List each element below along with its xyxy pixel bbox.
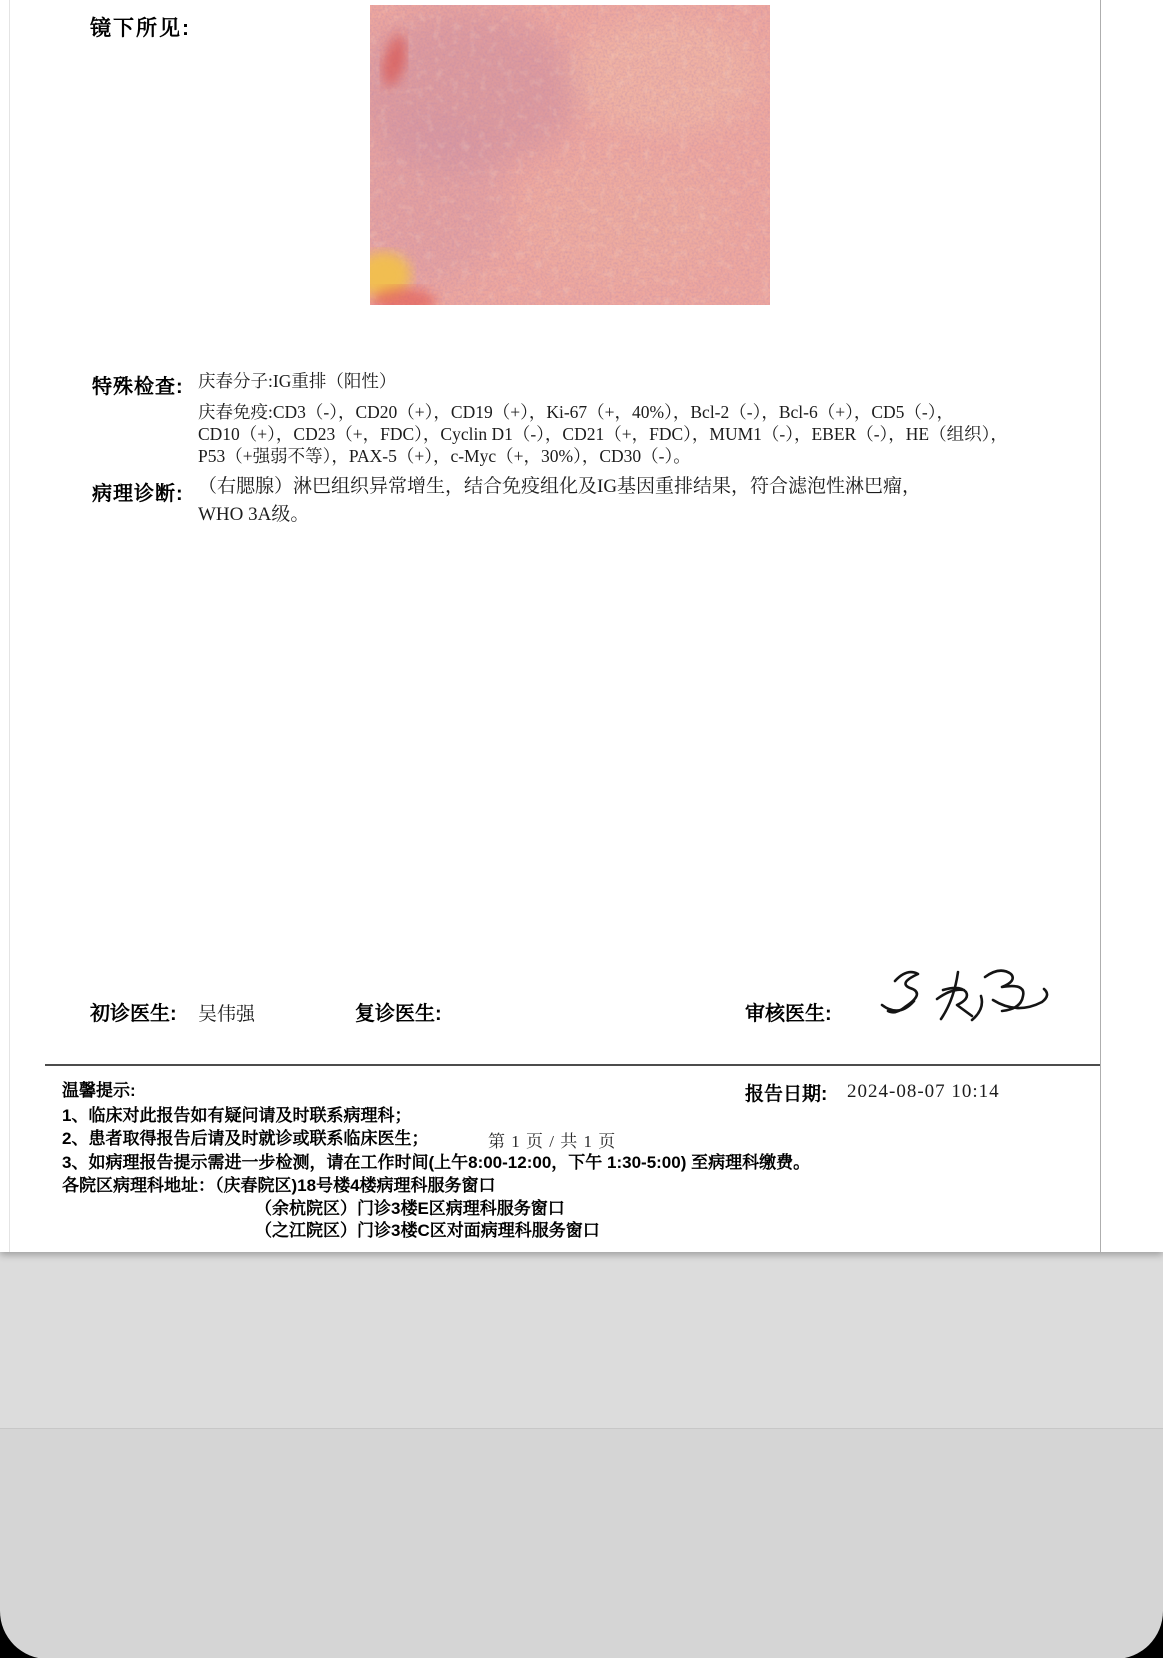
report-date-value: 2024-08-07 10:14 xyxy=(847,1081,1000,1103)
initial-doctor-label: 初诊医生: xyxy=(90,997,177,1026)
special-exam-line: P53（+强弱不等），PAX-5（+），c-Myc（+，30%），CD30（-）… xyxy=(198,445,1064,467)
pathology-report-page: 镜下所见: xyxy=(0,0,1163,1252)
diagnosis-line: （右腮腺）淋巴组织异常增生，结合免疫组化及IG基因重排结果，符合滤泡性淋巴瘤， xyxy=(198,473,1058,501)
tip-note-2: 2、患者取得报告后请及时就诊或联系临床医生； xyxy=(62,1124,428,1149)
tips-title: 温馨提示: xyxy=(62,1076,136,1101)
diagnosis-content: （右腮腺）淋巴组织异常增生，结合免疫组化及IG基因重排结果，符合滤泡性淋巴瘤， … xyxy=(198,473,1058,529)
diagnosis-section-label: 病理诊断: xyxy=(92,477,184,506)
special-exam-line: CD10（+），CD23（+，FDC），Cyclin D1（-），CD21（+，… xyxy=(198,423,1064,445)
histology-image xyxy=(370,5,770,305)
diagnosis-line: WHO 3A级。 xyxy=(198,501,1058,529)
special-exam-content: 庆春分子:IG重排（阳性） 庆春免疫:CD3（-），CD20（+），CD19（+… xyxy=(198,370,1064,467)
microscopy-section-label: 镜下所见: xyxy=(90,12,191,42)
initial-doctor-name: 吴伟强 xyxy=(198,999,255,1026)
audit-doctor-label: 审核医生: xyxy=(745,997,832,1026)
audit-doctor-signature xyxy=(875,955,1053,1030)
dept-address-zhijiang: （之江院区）门诊3楼C区对面病理科服务窗口 xyxy=(255,1216,600,1241)
review-doctor-label: 复诊医生: xyxy=(355,997,442,1026)
tip-note-3: 3、如病理报告提示需进一步检测，请在工作时间(上午8:00-12:00，下午 1… xyxy=(62,1148,810,1173)
page-left-edge xyxy=(9,0,10,1252)
page-right-edge xyxy=(1100,0,1101,1252)
histology-slide-photo xyxy=(370,5,770,305)
dept-address-qingchun: 各院区病理科地址：（庆春院区)18号楼4楼病理科服务窗口 xyxy=(62,1171,496,1196)
special-exam-line: 庆春分子:IG重排（阳性） xyxy=(198,370,1064,392)
viewer-background-lower xyxy=(0,1428,1163,1658)
report-date-label: 报告日期: xyxy=(745,1079,827,1106)
footer-divider xyxy=(45,1064,1101,1066)
special-exam-line: 庆春免疫:CD3（-），CD20（+），CD19（+），Ki-67（+，40%）… xyxy=(198,401,1064,423)
tip-note-1: 1、临床对此报告如有疑问请及时联系病理科； xyxy=(62,1101,411,1126)
special-exam-section-label: 特殊检查: xyxy=(92,370,184,399)
